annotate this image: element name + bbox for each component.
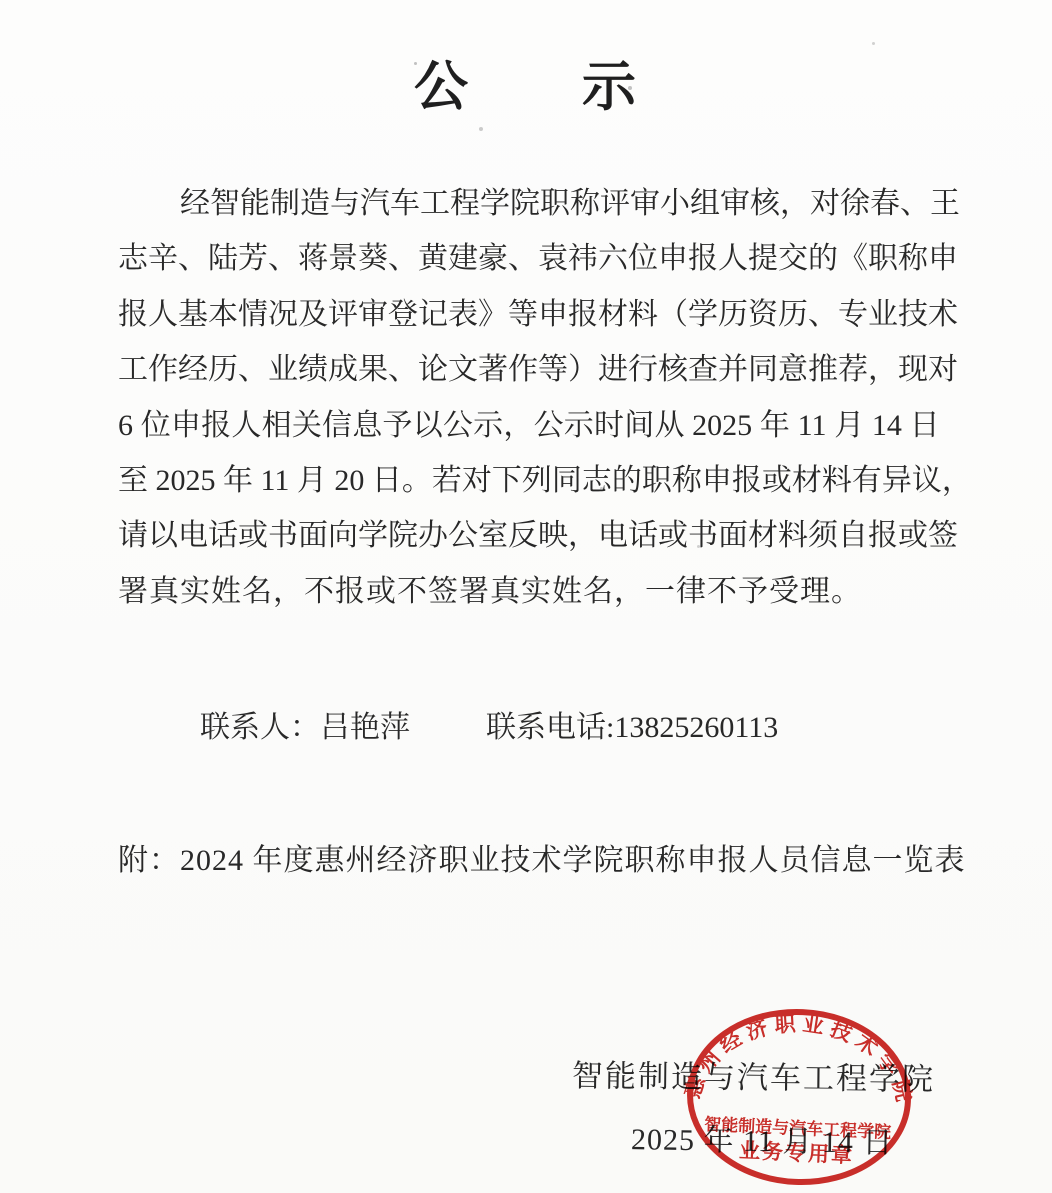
official-seal-graphic: 惠州经济职业技术学院 智能制造与汽车工程学院 业务专用章	[682, 1003, 917, 1191]
body-line: 6 位申报人相关信息予以公示，公示时间从 2025 年 11 月 14 日	[118, 398, 940, 453]
contact-phone: 联系电话:13825260113	[486, 711, 778, 744]
attachment-note: 附：2024 年度惠州经济职业技术学院职称申报人员信息一览表	[118, 835, 966, 879]
body-line: 署真实姓名，不报或不签署真实姓名，一律不予受理。	[118, 564, 940, 619]
scan-speck	[697, 545, 700, 548]
seal-usage-text: 业务专用章	[739, 1138, 855, 1167]
body-line: 报人基本情况及评审登记表》等申报材料（学历资历、专业技术	[118, 287, 940, 342]
contact-person: 联系人：吕艳萍	[200, 711, 410, 744]
announcement-body: 经智能制造与汽车工程学院职称评审小组审核，对徐春、王 志辛、陆芳、蒋景葵、黄建豪…	[118, 176, 940, 619]
seal-arc-text: 惠州经济职业技术学院	[682, 1006, 917, 1110]
body-line: 请以电话或书面向学院办公室反映，电话或书面材料须自报或签	[118, 508, 940, 563]
scan-speck	[479, 127, 483, 131]
scanned-announcement-page: 公 示 经智能制造与汽车工程学院职称评审小组审核，对徐春、王 志辛、陆芳、蒋景葵…	[0, 0, 1052, 1193]
scan-speck	[872, 42, 875, 45]
official-seal: 惠州经济职业技术学院 智能制造与汽车工程学院 业务专用章	[682, 1003, 917, 1191]
contact-line: 联系人：吕艳萍联系电话:13825260113	[170, 668, 778, 780]
scan-speck	[628, 86, 632, 90]
scan-speck	[414, 62, 417, 65]
seal-department-text: 智能制造与汽车工程学院	[704, 1114, 892, 1142]
body-line: 工作经历、业绩成果、论文著作等）进行核查并同意推荐，现对	[118, 342, 940, 397]
body-line: 志辛、陆芳、蒋景葵、黄建豪、袁祎六位申报人提交的《职称申	[118, 231, 940, 286]
body-line: 经智能制造与汽车工程学院职称评审小组审核，对徐春、王	[118, 176, 940, 231]
scan-speck	[600, 487, 603, 490]
body-line: 至 2025 年 11 月 20 日。若对下列同志的职称申报或材料有异议，	[118, 453, 940, 508]
page-title: 公 示	[0, 44, 1052, 121]
